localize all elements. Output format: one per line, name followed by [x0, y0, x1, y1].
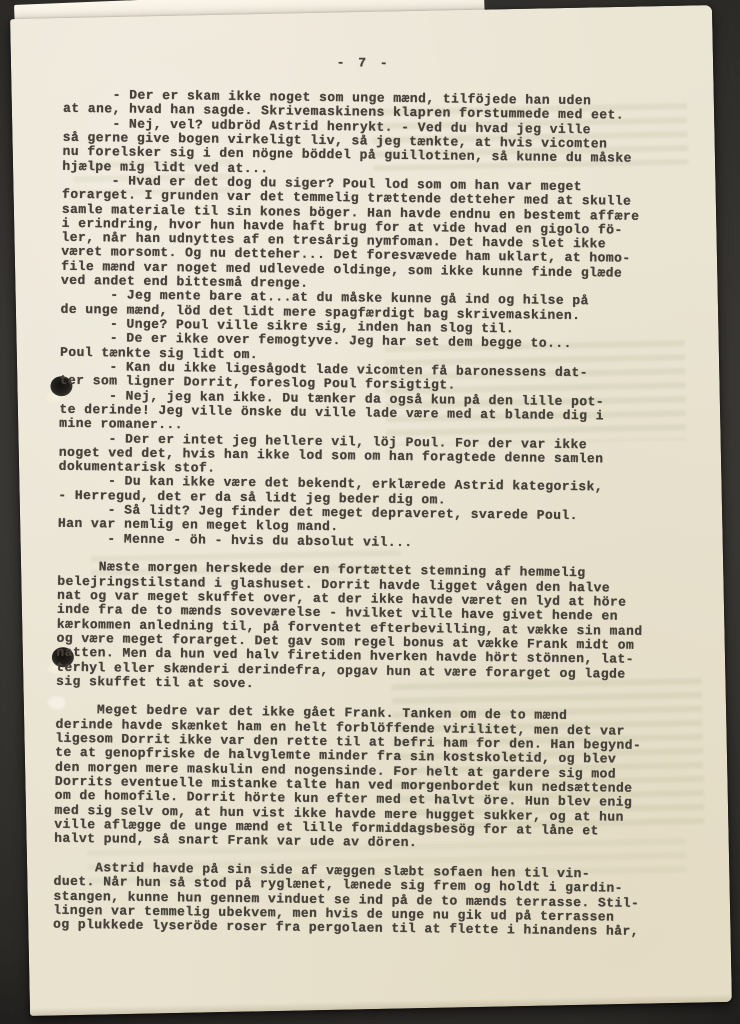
paper-sheet: - 7 - - Der er skam ikke noget som unge … — [10, 5, 732, 1016]
page-number: - 7 - — [64, 52, 664, 74]
typewritten-text: - Der er skam ikke noget som unge mænd, … — [53, 88, 688, 940]
typewritten-page: - 7 - - Der er skam ikke noget som unge … — [53, 52, 689, 940]
